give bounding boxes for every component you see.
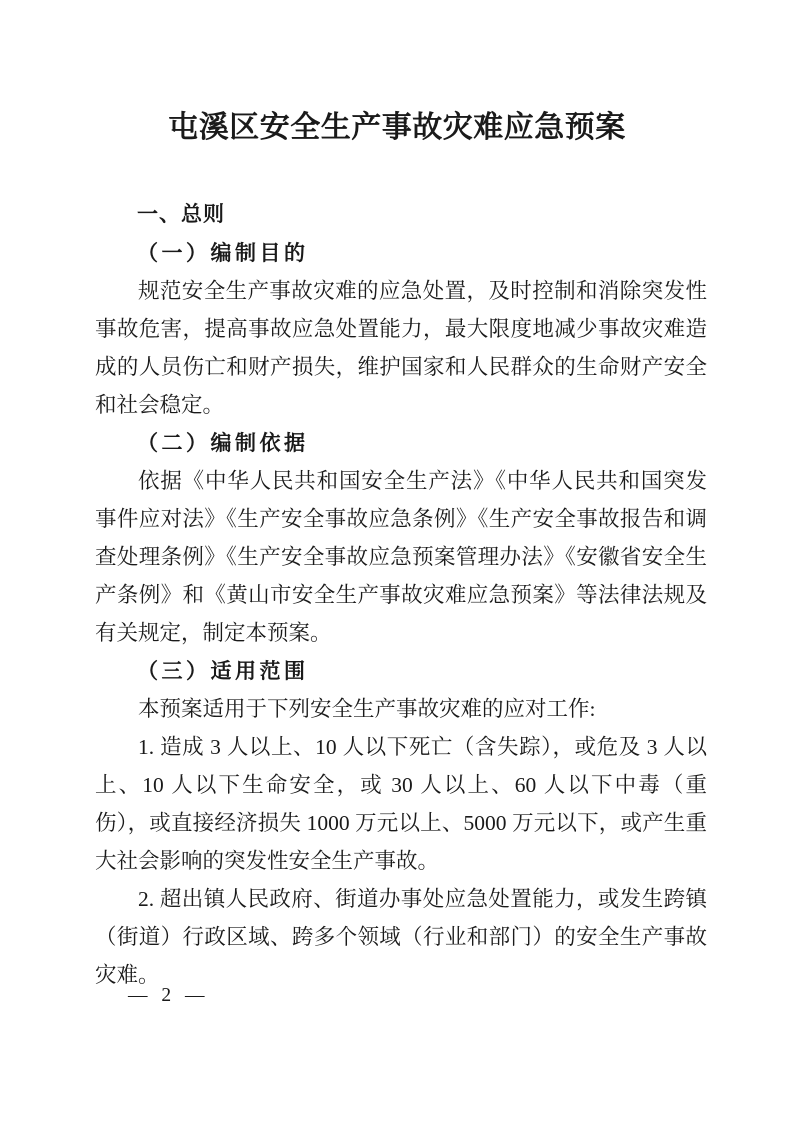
section-heading-purpose: （一）编制目的 [95, 234, 707, 272]
paragraph-scope-item-2: 2. 超出镇人民政府、街道办事处应急处置能力，或发生跨镇（街道）行政区域、跨多个… [95, 880, 707, 994]
section-heading-basis: （二）编制依据 [95, 424, 707, 462]
paragraph-purpose: 规范安全生产事故灾难的应急处置，及时控制和消除突发性事故危害，提高事故应急处置能… [95, 272, 707, 424]
chapter-heading: 一、总则 [95, 196, 707, 234]
paragraph-basis: 依据《中华人民共和国安全生产法》《中华人民共和国突发事件应对法》《生产安全事故应… [95, 462, 707, 652]
paragraph-scope-intro: 本预案适用于下列安全生产事故灾难的应对工作: [95, 690, 707, 728]
page-number: — 2 — [128, 982, 205, 1010]
paragraph-scope-item-1: 1. 造成 3 人以上、10 人以下死亡（含失踪），或危及 3 人以上、10 人… [95, 728, 707, 880]
section-heading-scope: （三）适用范围 [95, 652, 707, 690]
document-title: 屯溪区安全生产事故灾难应急预案 [0, 0, 794, 150]
document-page: 屯溪区安全生产事故灾难应急预案 一、总则 （一）编制目的 规范安全生产事故灾难的… [0, 0, 794, 1122]
document-body: 一、总则 （一）编制目的 规范安全生产事故灾难的应急处置，及时控制和消除突发性事… [95, 196, 707, 994]
